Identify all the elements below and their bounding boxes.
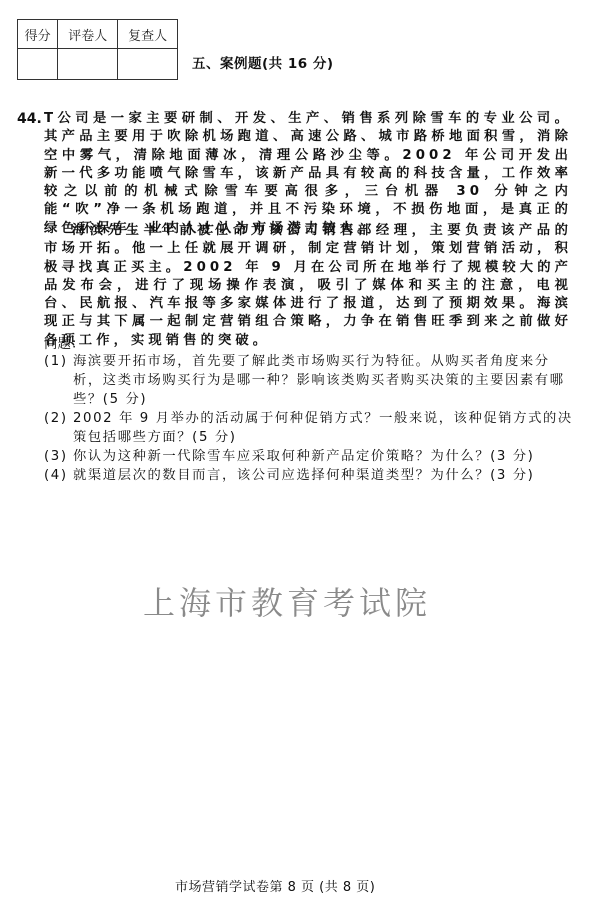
sub-question-text: 就渠道层次的数目而言，该公司应选择何种渠道类型？为什么？(3 分) xyxy=(73,466,574,485)
sub-question-number: (1) xyxy=(44,352,73,409)
score-header: 得分 xyxy=(18,20,58,49)
case-paragraph-1: T公司是一家主要研制、开发、生产、销售系列除雪车的专业公司。其产品主要用于吹除机… xyxy=(44,110,572,238)
sub-question: (1) 海滨要开拓市场，首先要了解此类市场购买行为特征。从购买者角度来分析，这类… xyxy=(44,352,574,409)
sub-question-list: (1) 海滨要开拓市场，首先要了解此类市场购买行为特征。从购买者角度来分析，这类… xyxy=(44,352,574,485)
watermark: 上海市教育考试院 xyxy=(143,578,431,624)
score-table-header-row: 得分 评卷人 复查人 xyxy=(18,20,178,49)
case-paragraph-2: 海滨先生半年前被任命为该公司销售部经理，主要负责该产品的市场开拓。他一上任就展开… xyxy=(44,222,572,350)
grader-header: 评卷人 xyxy=(58,20,118,49)
sub-question-text: 海滨要开拓市场，首先要了解此类市场购买行为特征。从购买者角度来分析，这类市场购买… xyxy=(73,352,574,409)
score-cell xyxy=(18,49,58,80)
sub-question: (3) 你认为这种新一代除雪车应采取何种新产品定价策略？为什么？(3 分) xyxy=(44,447,574,466)
reviewer-header: 复查人 xyxy=(118,20,178,49)
page-footer: 市场营销学试卷第 8 页 (共 8 页) xyxy=(175,876,375,895)
section-title: 五、案例题(共 16 分) xyxy=(192,52,334,72)
questions-label: 问题： xyxy=(44,332,85,352)
reviewer-cell xyxy=(118,49,178,80)
question-number: 44. xyxy=(17,111,42,127)
score-table: 得分 评卷人 复查人 xyxy=(17,19,178,80)
sub-question-number: (2) xyxy=(44,409,73,447)
sub-question-text: 2002 年 9 月举办的活动属于何种促销方式？一般来说，该种促销方式的决策包括… xyxy=(73,409,574,447)
sub-question-number: (4) xyxy=(44,466,73,485)
sub-question-number: (3) xyxy=(44,447,73,466)
sub-question: (2) 2002 年 9 月举办的活动属于何种促销方式？一般来说，该种促销方式的… xyxy=(44,409,574,447)
sub-question: (4) 就渠道层次的数目而言，该公司应选择何种渠道类型？为什么？(3 分) xyxy=(44,466,574,485)
grader-cell xyxy=(58,49,118,80)
sub-question-text: 你认为这种新一代除雪车应采取何种新产品定价策略？为什么？(3 分) xyxy=(73,447,574,466)
score-table-value-row xyxy=(18,49,178,80)
